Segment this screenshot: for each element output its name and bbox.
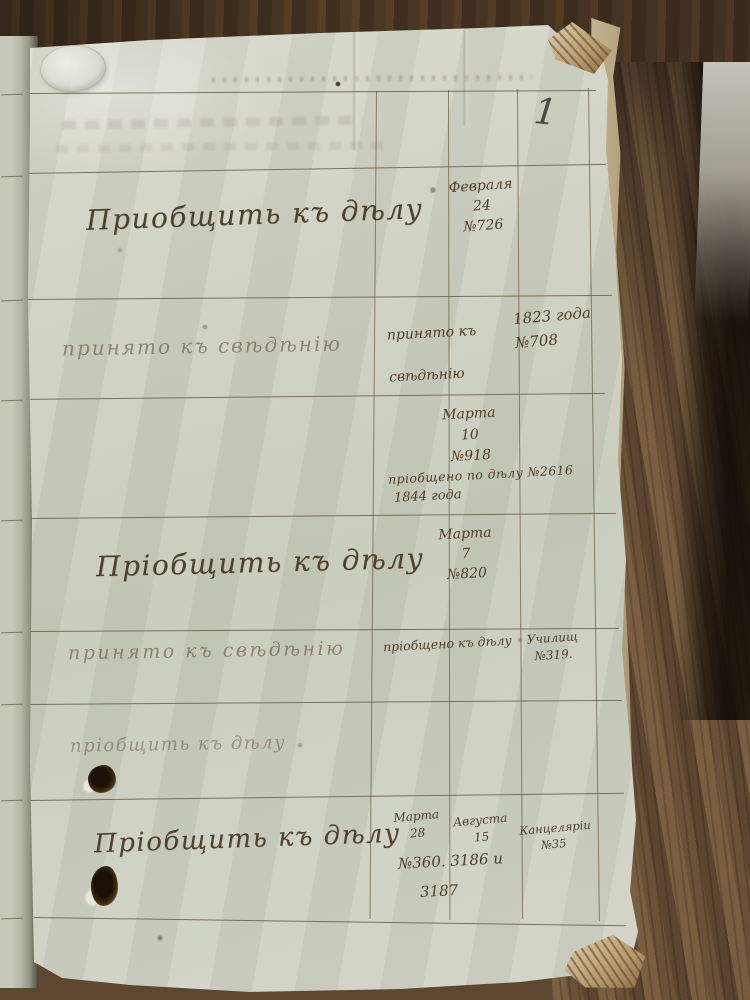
entry-row7-numbers2: 3187: [420, 881, 459, 901]
gutter-rule-stub: [1, 400, 23, 402]
entry-row7-reference: Канцеляріи №35: [519, 817, 588, 855]
table-rule-horizontal: [24, 700, 622, 705]
entry-row5-reference: Училищ №319.: [520, 628, 586, 666]
entry-row3-date: Марта 10 №918: [426, 402, 513, 469]
gutter-rule-stub: [1, 300, 23, 302]
date-line: №820: [425, 562, 510, 586]
paper-crease: [462, 30, 469, 125]
gutter-rule-stub: [1, 704, 23, 706]
note-line: принято къ: [386, 309, 488, 356]
table-rule-horizontal: [24, 513, 616, 519]
table-rule-horizontal: [34, 917, 626, 926]
entry-row4-resolution: Пріобщить къ дѣлу: [96, 542, 425, 584]
gutter-rule-stub: [1, 94, 23, 96]
entry-row2-reference: 1823 года №708: [512, 299, 612, 355]
paper-crease: [352, 30, 359, 150]
entry-row3-note-year: 1844 года: [394, 487, 462, 506]
entry-row2-mid: принято къ свѣдѣнію: [386, 309, 490, 398]
entry-row7-date1: Марта 28: [387, 806, 448, 845]
page-number: 1: [532, 91, 559, 134]
table-rule-horizontal: [20, 393, 605, 400]
entry-row5-resolution: принято къ свѣдѣнію: [68, 638, 346, 665]
note-line: свѣдѣнію: [388, 351, 490, 398]
burn-hole: [88, 765, 116, 793]
gutter-rule-stub: [1, 918, 23, 920]
bleedthrough-dots: [212, 75, 532, 83]
entry-row2-resolution: принято къ свѣдѣнію: [62, 332, 342, 361]
entry-row6-resolution: пріобщить къ дѣлу: [70, 732, 286, 757]
gutter-rule-stub: [1, 176, 23, 178]
table-rule-horizontal: [26, 90, 596, 94]
bleedthrough-text: [56, 141, 386, 152]
entry-row1-date: Февраля 24 №726: [438, 173, 526, 239]
table-rule-horizontal: [28, 793, 624, 801]
bleedthrough-text: [62, 115, 362, 129]
burn-hole: [91, 866, 118, 906]
gutter-rule-stub: [1, 632, 23, 634]
entry-row7-date2: Августа 15: [451, 810, 512, 849]
entry-row1-resolution: Приобщить къ дѣлу: [86, 192, 424, 237]
entry-row7-resolution: Пріобщить къ дѣлу: [94, 819, 402, 860]
table-rule-vertical: [588, 88, 600, 921]
gutter-rule-stub: [1, 520, 23, 522]
entry-row7-numbers: №360. 3186 и: [398, 849, 504, 872]
table-rule-horizontal: [24, 295, 612, 300]
photo-scene: 1 Приобщить къ дѣлу Февраля 24 №726 прин…: [0, 0, 750, 1000]
gutter-rule-stub: [1, 800, 23, 802]
embossed-seal: [38, 43, 107, 94]
entry-row4-date: Марта 7 №820: [422, 522, 509, 586]
entry-row5-mid: пріобщено къ дѣлу: [383, 633, 512, 655]
